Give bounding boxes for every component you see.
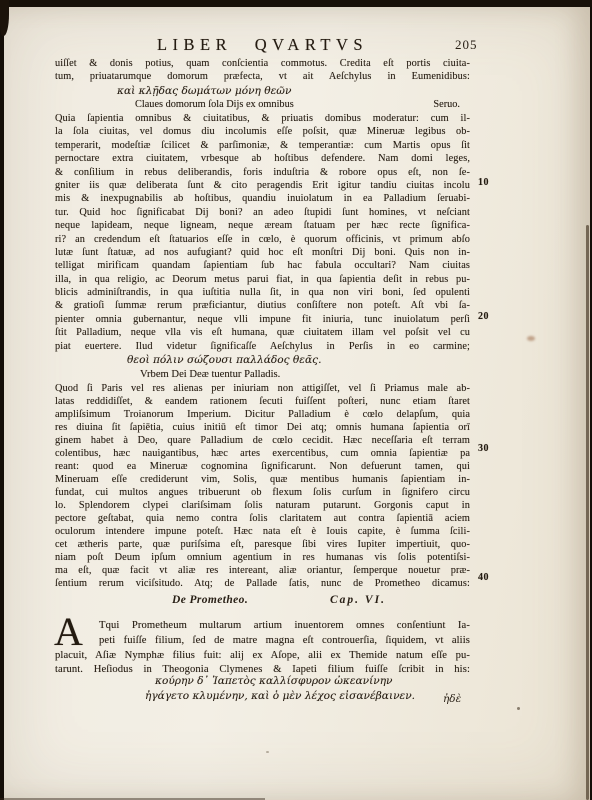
body-line: oculorum intendere impune poteſt. Hæc na… [55,525,470,538]
body-line: pernoctare extra ciuitatem, vrbesque ab … [55,152,470,165]
body-line: cet ætheris parte, quæ puriſsima eſt, pa… [55,538,470,551]
chapter-heading: De Prometheo. Cap. VI. [55,594,470,609]
chapter-title: De Prometheo. [172,594,248,606]
page-title: LIBER QVARTVS [157,35,368,54]
greek-quote-hesiod-2: ἠγάγετο κλυμένην, καὶ ὁ μὲν λέχος εἰσανέ… [55,689,560,703]
body-line: lutæ ſunt ſtatuæ, ad nos aufugiant? quid… [55,246,470,259]
greek-quote-persae: θεοὶ πόλιν σώζουσι παλλάδος θεᾶς. [55,353,542,367]
body-line: temperarit, modeſtiæ ſcilicet & parſimon… [55,139,470,152]
body-line: reant: quod ea Mineruæ cognomina ſignifi… [55,460,470,473]
body-line: ſtit Palladium, neque vlla vis eſt human… [55,326,470,339]
margin-line-number: 10 [478,177,489,188]
body-line: Mineruam eſſe crediderunt vim, Solis, qu… [55,473,470,486]
body-line: blicis adminiſtrandis, in qua iuſtitia n… [55,286,470,299]
paper-speck [266,751,269,753]
body-line: pectore geſtabat, quia nemo contra ſolis… [55,512,470,525]
body-line: ri? an credendum eſt ſtatuarios eſſe in … [55,233,470,246]
latin-translation-vrbem: Vrbem Dei Deæ tuentur Palladis. [55,368,555,382]
body-line: Tqui Prometheum multarum artium inuentor… [55,619,470,634]
body-line: Quod ſi Paris vel res alienas per iniuri… [55,382,470,395]
body-line: ampliſsimum Troianorum Imperium. Dicitur… [55,408,470,421]
margin-line-number: 20 [478,311,489,322]
running-head: LIBER QVARTVS 205 [55,35,470,57]
body-line: piat euertere. Ilud videtur ſignificaſſe… [55,340,470,353]
body-line: ma eſt, quæ facit vt aliæ res intereant,… [55,564,470,577]
seruo-text: Seruo. [433,98,470,111]
margin-line-number: 40 [478,572,489,583]
body-line: gniter iis quæ deliberata ſunt & cito pe… [55,179,470,192]
body-line: ſentium rerum viciſsitudo. Atq; de Palla… [55,577,470,590]
book-page: LIBER QVARTVS 205 uiſſet & donis potius,… [4,7,590,800]
photo-edge-top [0,0,592,7]
claues-text: Claues domorum ſola Dijs ex omnibus [135,98,294,111]
greek-quote-eumenides: καὶ κλῇδας δωμάτων μόνη θεῶν [55,84,532,98]
body-line: placuit, Aſiæ Nymphæ filius fuit: alij e… [55,649,470,664]
body-line: mis & inexpugnabilis ab hoſtibus, quandi… [55,192,470,205]
paragraph-palladium seg3: Quod ſi Paris vel res alienas per iniuri… [55,382,470,590]
paragraph-sapientia: Quia ſapientia omnibus & ciuitatibus, & … [55,112,470,353]
body-line: Quia ſapientia omnibus & ciuitatibus, & … [55,112,470,125]
body-line: ginem habet à Deo, quare Palladium de cœ… [55,434,470,447]
paper-speck [517,707,520,710]
body-line: tum, priuatarumque domorum præfecta, vt … [55,70,470,83]
chapter-number: Cap. VI. [330,594,386,606]
body-line: latas reddidiſſet, & eandem rationem ſec… [55,395,470,408]
body-line: fundat, cui multos angues tribuerunt ob … [55,486,470,499]
body-line: tur. Quid hoc ſignificabat Dij boni? an … [55,206,470,219]
body-line: colentibus, hæc nauigantibus, hæc artes … [55,447,470,460]
body-line: niam poſt Deum ipſum omnium agentium in … [55,551,470,564]
body-line: res diuina ſit ſapiētia, cuius initiū eſ… [55,421,470,434]
paragraph-prometheus: Tqui Prometheum multarum artium inuentor… [55,619,470,678]
latin-translation-line: Claues domorum ſola Dijs ex omnibus Seru… [55,98,470,111]
body-line: lo. Splendorem clypei clariſsimam ſolis … [55,499,470,512]
body-line: uiſſet & donis potius, quam conſcientia … [55,57,470,70]
body-line: & conſilium in rebus deliberandis, foris… [55,166,470,179]
page-number: 205 [455,37,478,53]
body-line: pienter omnia gubernantur, neque vlli im… [55,313,470,326]
catchword: ἠδὲ [443,693,461,705]
body-line: & gratioſi ſummæ rerum præficiantur, diu… [55,299,470,312]
body-line: neque lapideam, neque ligneam, neque ære… [55,219,470,232]
body-line: illa, in qua religio, ac Deorum metus pa… [55,273,470,286]
body-line: la ſola ciuitas, vel domus diu incolumis… [55,125,470,138]
paper-stain [527,336,535,341]
book-photo: LIBER QVARTVS 205 uiſſet & donis potius,… [0,0,592,800]
body-line: peti fuiſſe filium, ſed de matre magna e… [55,634,470,649]
body-line: telligat mirificam quandam ſapientiam ſu… [55,259,470,272]
photo-edge-right [586,225,589,800]
greek-quote-hesiod-1: κούρην δ᾽ Ἰαπετὸς καλλίσφυρον ὠκεανίνην [55,674,570,688]
paragraph-intro: uiſſet & donis potius, quam conſcientia … [55,57,470,84]
margin-line-number: 30 [478,443,489,454]
